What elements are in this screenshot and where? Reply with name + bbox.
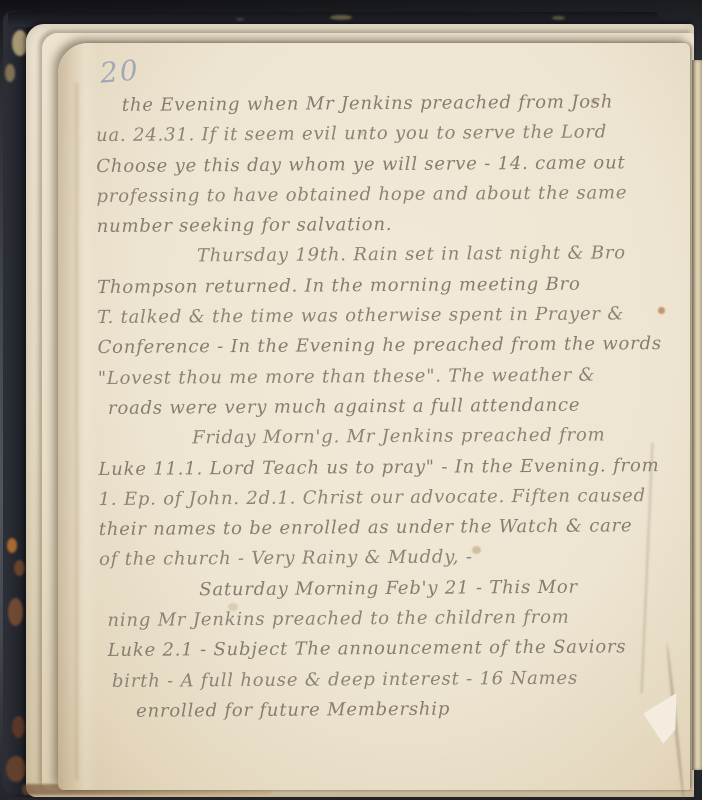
journal-line: ua. 24.31. If it seem evil unto you to s… (90, 117, 678, 151)
page-number: 20 (99, 53, 141, 89)
journal-line: enrolled for future Membership (94, 693, 682, 727)
leather-wear-spot (7, 538, 17, 553)
next-page-sliver (692, 60, 702, 770)
journal-line: Conference - In the Evening he preached … (91, 329, 679, 363)
journal-line: Choose ye this day whom ye will serve - … (90, 148, 678, 182)
journal-line: number seeking for salvation. (91, 208, 679, 242)
journal-line: professing to have obtained hope and abo… (90, 178, 678, 212)
journal-line: 1. Ep. of John. 2d.1. Christ our advocat… (93, 481, 681, 515)
leather-wear-spot (330, 15, 352, 20)
journal-page: 20 the Evening when Mr Jenkins preached … (58, 43, 690, 790)
journal-line: the Evening when Mr Jenkins preached fro… (90, 87, 678, 121)
journal-line: Thursday 19th. Rain set in last night & … (91, 238, 679, 272)
journal-line: birth - A full house & deep interest - 1… (94, 663, 682, 697)
leather-wear-spot (6, 756, 26, 782)
leather-wear-spot (5, 64, 15, 82)
leather-wear-spot (236, 18, 244, 21)
journal-line: Saturday Morning Feb'y 21 - This Mor (93, 572, 681, 606)
photo-backdrop: 20 the Evening when Mr Jenkins preached … (0, 0, 702, 800)
leather-wear-spot (552, 16, 565, 20)
journal-line: roads were very much against a full atte… (92, 390, 680, 424)
leather-wear-spot (14, 560, 25, 576)
leather-wear-spot (12, 716, 25, 738)
journal-line: T. talked & the time was otherwise spent… (91, 299, 679, 333)
journal-line: Friday Morn'g. Mr Jenkins preached from (92, 420, 680, 454)
journal-line: ning Mr Jenkins preached to the children… (93, 602, 681, 636)
journal-text: the Evening when Mr Jenkins preached fro… (90, 87, 682, 727)
journal-line: of the church - Very Rainy & Muddy, - (93, 541, 681, 575)
journal-line: "Lovest thou me more than these". The we… (92, 360, 680, 394)
journal-line: Luke 2.1 - Subject The announcement of t… (94, 632, 682, 666)
journal-line: their names to be enrolled as under the … (93, 511, 681, 545)
journal-line: Thompson returned. In the morning meetin… (91, 269, 679, 303)
journal-line: Luke 11.1. Lord Teach us to pray" - In t… (92, 451, 680, 485)
page-crease (75, 83, 78, 780)
leather-wear-spot (8, 598, 23, 626)
